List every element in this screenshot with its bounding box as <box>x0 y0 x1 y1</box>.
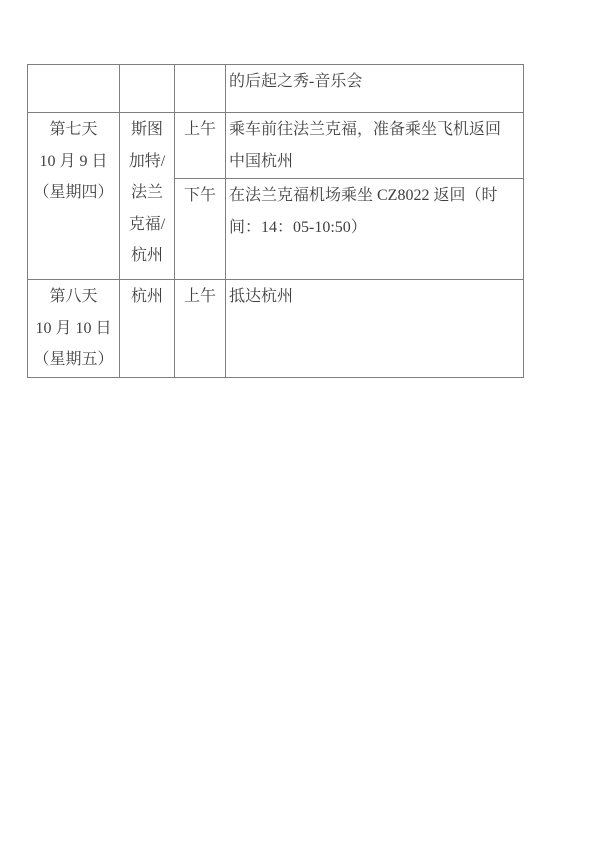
description-line: 乘车前往法兰克福，准备乘坐飞机返回 <box>229 114 520 146</box>
table-row-day7-morning: 第七天 10 月 9 日 （星期四） 斯图 加特/ 法兰 克福/ 杭州 上午 乘… <box>28 113 524 179</box>
location-line: 克福/ <box>123 209 171 241</box>
description-line: 中国杭州 <box>229 146 520 178</box>
period-cell: 下午 <box>175 179 226 280</box>
period-label: 上午 <box>178 114 222 146</box>
period-label: 下午 <box>178 180 222 212</box>
description-cell: 抵达杭州 <box>226 280 524 378</box>
weekday-line: （星期五） <box>31 344 116 376</box>
date-line: 10 月 10 日 <box>31 313 116 345</box>
location-line: 杭州 <box>123 240 171 272</box>
location-cell: 斯图 加特/ 法兰 克福/ 杭州 <box>120 113 175 280</box>
document-page: 的后起之秀-音乐会 第七天 10 月 9 日 （星期四） 斯图 加特/ 法兰 克… <box>0 0 600 860</box>
description-line: 抵达杭州 <box>229 281 520 313</box>
day-cell: 第八天 10 月 10 日 （星期五） <box>28 280 120 378</box>
location-cell <box>120 65 175 113</box>
description-line: 间：14：05-10:50） <box>229 212 520 244</box>
description-cell: 在法兰克福机场乘坐 CZ8022 返回（时 间：14：05-10:50） <box>226 179 524 280</box>
day-cell: 第七天 10 月 9 日 （星期四） <box>28 113 120 280</box>
itinerary-table: 的后起之秀-音乐会 第七天 10 月 9 日 （星期四） 斯图 加特/ 法兰 克… <box>27 64 524 378</box>
description-cell: 乘车前往法兰克福，准备乘坐飞机返回 中国杭州 <box>226 113 524 179</box>
day-cell <box>28 65 120 113</box>
period-cell: 上午 <box>175 280 226 378</box>
description-line: 的后起之秀-音乐会 <box>229 66 520 98</box>
date-line: 10 月 9 日 <box>31 146 116 178</box>
table-row-continuation: 的后起之秀-音乐会 <box>28 65 524 113</box>
period-cell: 上午 <box>175 113 226 179</box>
description-line: 在法兰克福机场乘坐 CZ8022 返回（时 <box>229 180 520 212</box>
location-line: 加特/ <box>123 146 171 178</box>
location-cell: 杭州 <box>120 280 175 378</box>
table-row-day8: 第八天 10 月 10 日 （星期五） 杭州 上午 抵达杭州 <box>28 280 524 378</box>
day-line: 第七天 <box>31 114 116 146</box>
period-label: 上午 <box>178 281 222 313</box>
day-line: 第八天 <box>31 281 116 313</box>
weekday-line: （星期四） <box>31 177 116 209</box>
location-line: 斯图 <box>123 114 171 146</box>
location-line: 法兰 <box>123 177 171 209</box>
period-cell <box>175 65 226 113</box>
location-line: 杭州 <box>123 281 171 313</box>
description-cell: 的后起之秀-音乐会 <box>226 65 524 113</box>
